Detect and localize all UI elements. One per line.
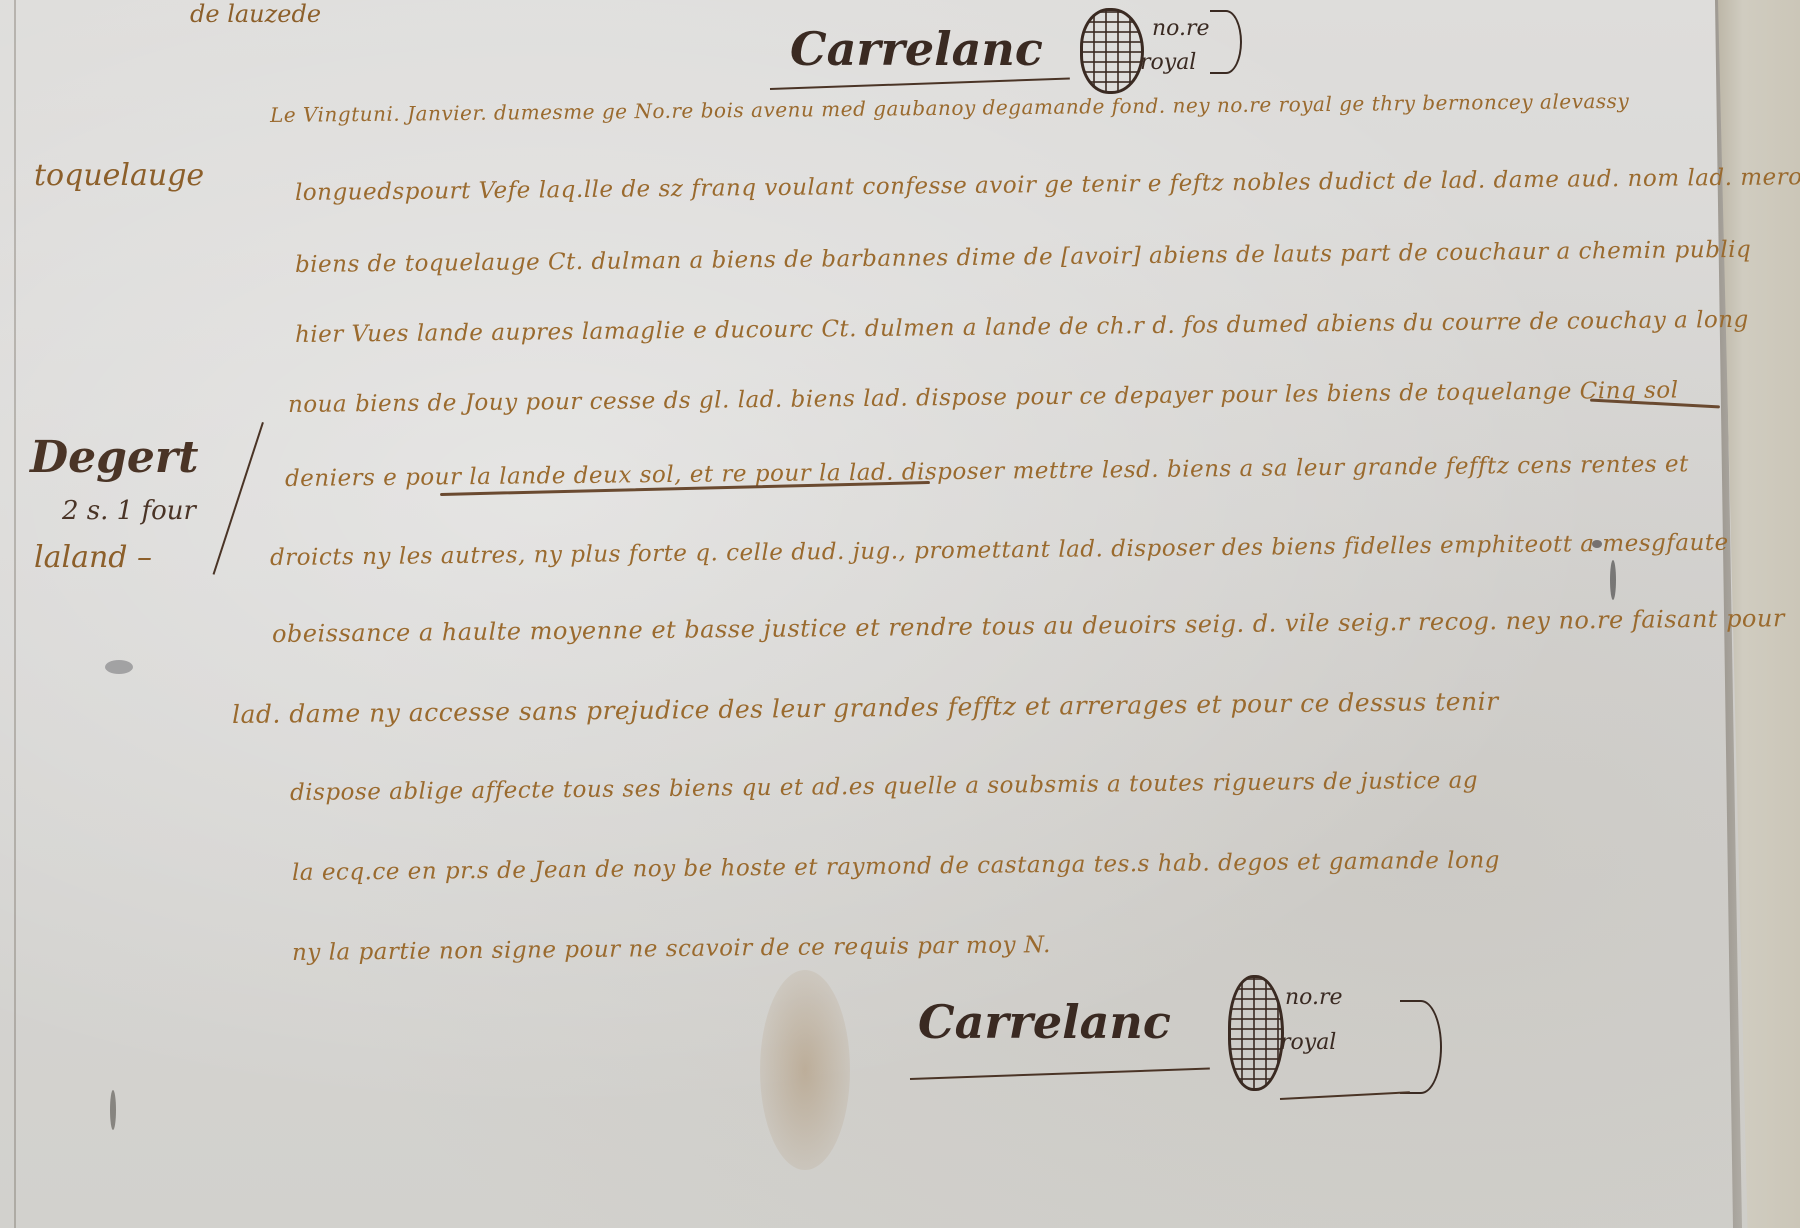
signature-flourish-icon [1210,10,1242,74]
notary-title-line2: royal [1280,1030,1336,1055]
signature-flourish-underline [1280,1091,1410,1100]
notary-title-line2: royal [1140,50,1196,75]
notary-title-line1: no.re [1285,985,1343,1010]
margin-bracket-stroke [213,422,264,575]
signature-paraph-icon [1080,8,1144,94]
water-stain [760,970,850,1170]
body-line-4: hier Vues lande aupres lamaglie e ducour… [295,307,1749,348]
body-line-6: deniers e pour la lande deux sol, et re … [285,451,1689,492]
margin-note-degert: Degert [30,432,198,483]
body-line-8: obeissance a haulte moyenne et basse jus… [272,604,1785,648]
ink-blot [105,660,133,674]
signature-underline [770,78,1070,90]
body-line-5: noua biens de Jouy pour cesse ds gl. lad… [288,377,1679,418]
ink-specks [110,1090,116,1130]
body-line-2: longuedspourt Vefe laq.lle de sz franq v… [295,164,1800,206]
body-line-7: droicts ny les autres, ny plus forte q. … [270,530,1729,571]
margin-note-toquelauge: toquelauge [34,158,204,193]
notary-title-line1: no.re [1152,16,1210,41]
notary-signature-top: Carrelanc [790,22,1043,76]
signature-flourish-icon [1400,1000,1442,1094]
body-line-12: ny la partie non signe pour ne scavoir d… [292,932,1051,966]
top-fragment-text: de lauzede [190,0,321,28]
margin-note-amount: 2 s. 1 four [62,496,196,526]
body-line-9: lad. dame ny accesse sans prejudice des … [232,687,1499,729]
ink-specks [1610,560,1616,600]
margin-note-laland: laland – [34,540,152,575]
notary-signature-bottom: Carrelanc [918,995,1171,1049]
signature-underline [910,1068,1210,1080]
body-line-10: dispose ablige affecte tous ses biens qu… [290,768,1478,806]
sheet-left-edge [14,0,16,1228]
body-line-1: Le Vingtuni. Janvier. dumesme ge No.re b… [270,89,1629,127]
body-line-11: la ecq.ce en pr.s de Jean de noy be host… [292,847,1500,886]
manuscript-page: de lauzede Carrelanc no.re royal toquela… [0,0,1800,1228]
signature-paraph-icon [1228,975,1284,1091]
body-line-3: biens de toquelauge Ct. dulman a biens d… [295,237,1752,278]
